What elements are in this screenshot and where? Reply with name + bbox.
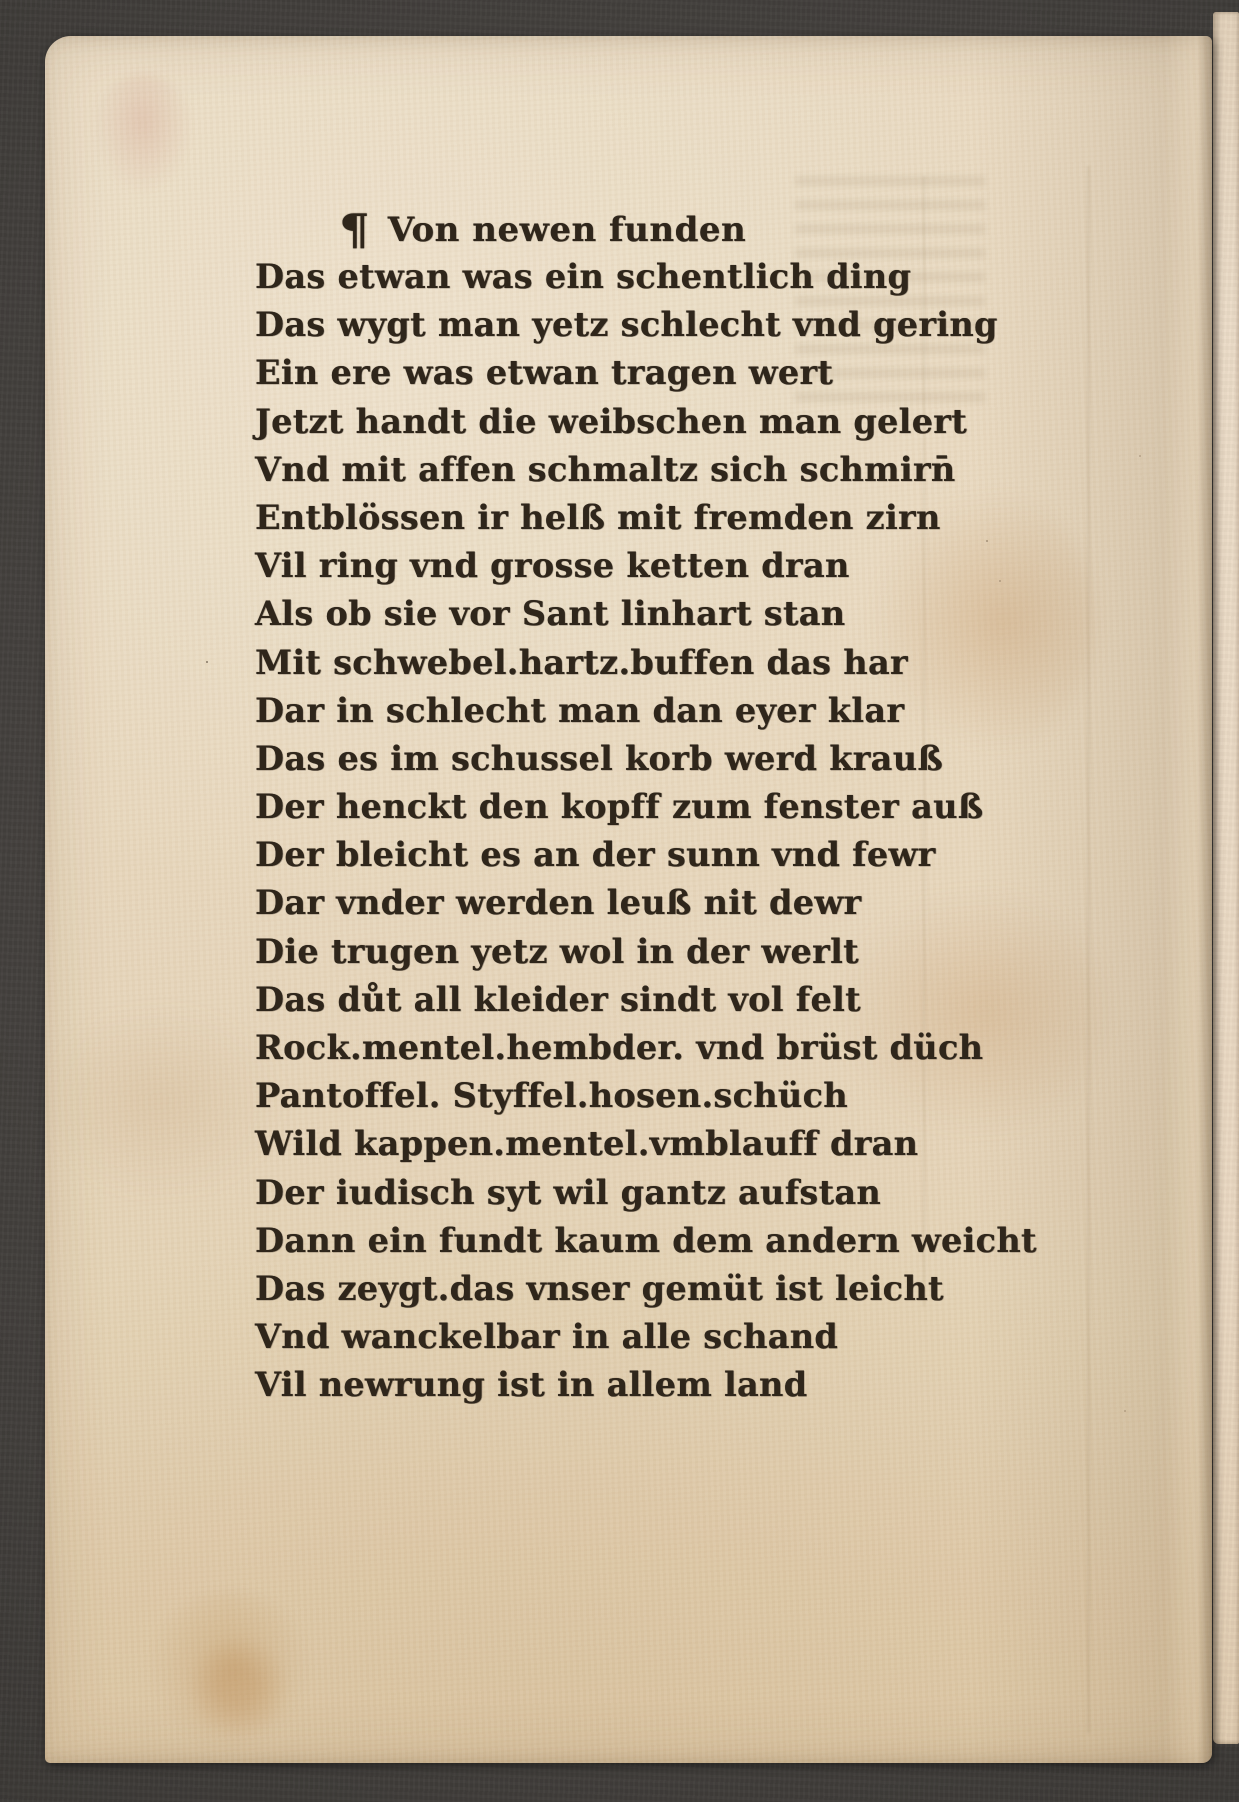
poem-line: Der henckt den kopff zum fenster auß [255,787,1155,835]
poem-line: Vil ring vnd grosse ketten dran [255,546,1155,594]
paragraph-mark-icon: ¶ [339,209,370,251]
stain-left-middle [55,1006,285,1196]
poem-line: Dann ein fundt kaum dem andern weicht [255,1221,1155,1269]
poem-line: Jetzt handt die weibschen man gelert [255,402,1155,450]
poem-line: Als ob sie vor Sant linhart stan [255,594,1155,642]
scan-background: ¶ Von newen funden Das etwan was ein sch… [0,0,1239,1802]
poem-line: Der iudisch syt wil gantz aufstan [255,1173,1155,1221]
book-page: ¶ Von newen funden Das etwan was ein sch… [45,36,1212,1763]
poem-text: Das etwan was ein schentlich dingDas wyg… [255,257,1155,1414]
poem-line: Der bleicht es an der sunn vnd fewr [255,835,1155,883]
poem-line: Dar vnder werden leuß nit dewr [255,883,1155,931]
poem-line: Das etwan was ein schentlich ding [255,257,1155,305]
stain-top-left [93,74,193,194]
poem-title: Von newen funden [388,210,747,250]
poem-line: Mit schwebel.hartz.buffen das har [255,643,1155,691]
poem-line: Vnd wanckelbar in alle schand [255,1317,1155,1365]
poem-line: Ein ere was etwan tragen wert [255,353,1155,401]
adjacent-page-edge [1213,12,1239,1744]
poem-line: Wild kappen.mentel.vmblauff dran [255,1124,1155,1172]
poem-line: Das zeygt.das vnser gemüt ist leicht [255,1269,1155,1317]
poem-line: Pantoffel. Styffel.hosen.schüch [255,1076,1155,1124]
poem-line: Das wygt man yetz schlecht vnd gering [255,305,1155,353]
poem-line: Das důt all kleider sindt vol felt [255,980,1155,1028]
poem-heading-row: ¶ Von newen funden [341,206,746,250]
poem-line: Die trugen yetz wol in der werlt [255,932,1155,980]
poem-line: Dar in schlecht man dan eyer klar [255,691,1155,739]
stain-bottom-left [150,1591,310,1751]
poem-line: Rock.mentel.hembder. vnd brüst düch [255,1028,1155,1076]
poem-line: Das es im schussel korb werd krauß [255,739,1155,787]
poem-line: Vnd mit affen schmaltz sich schmirn̄ [255,450,1155,498]
poem-line: Entblössen ir helß mit fremden zirn [255,498,1155,546]
poem-line: Vil newrung ist in allem land [255,1365,1155,1413]
